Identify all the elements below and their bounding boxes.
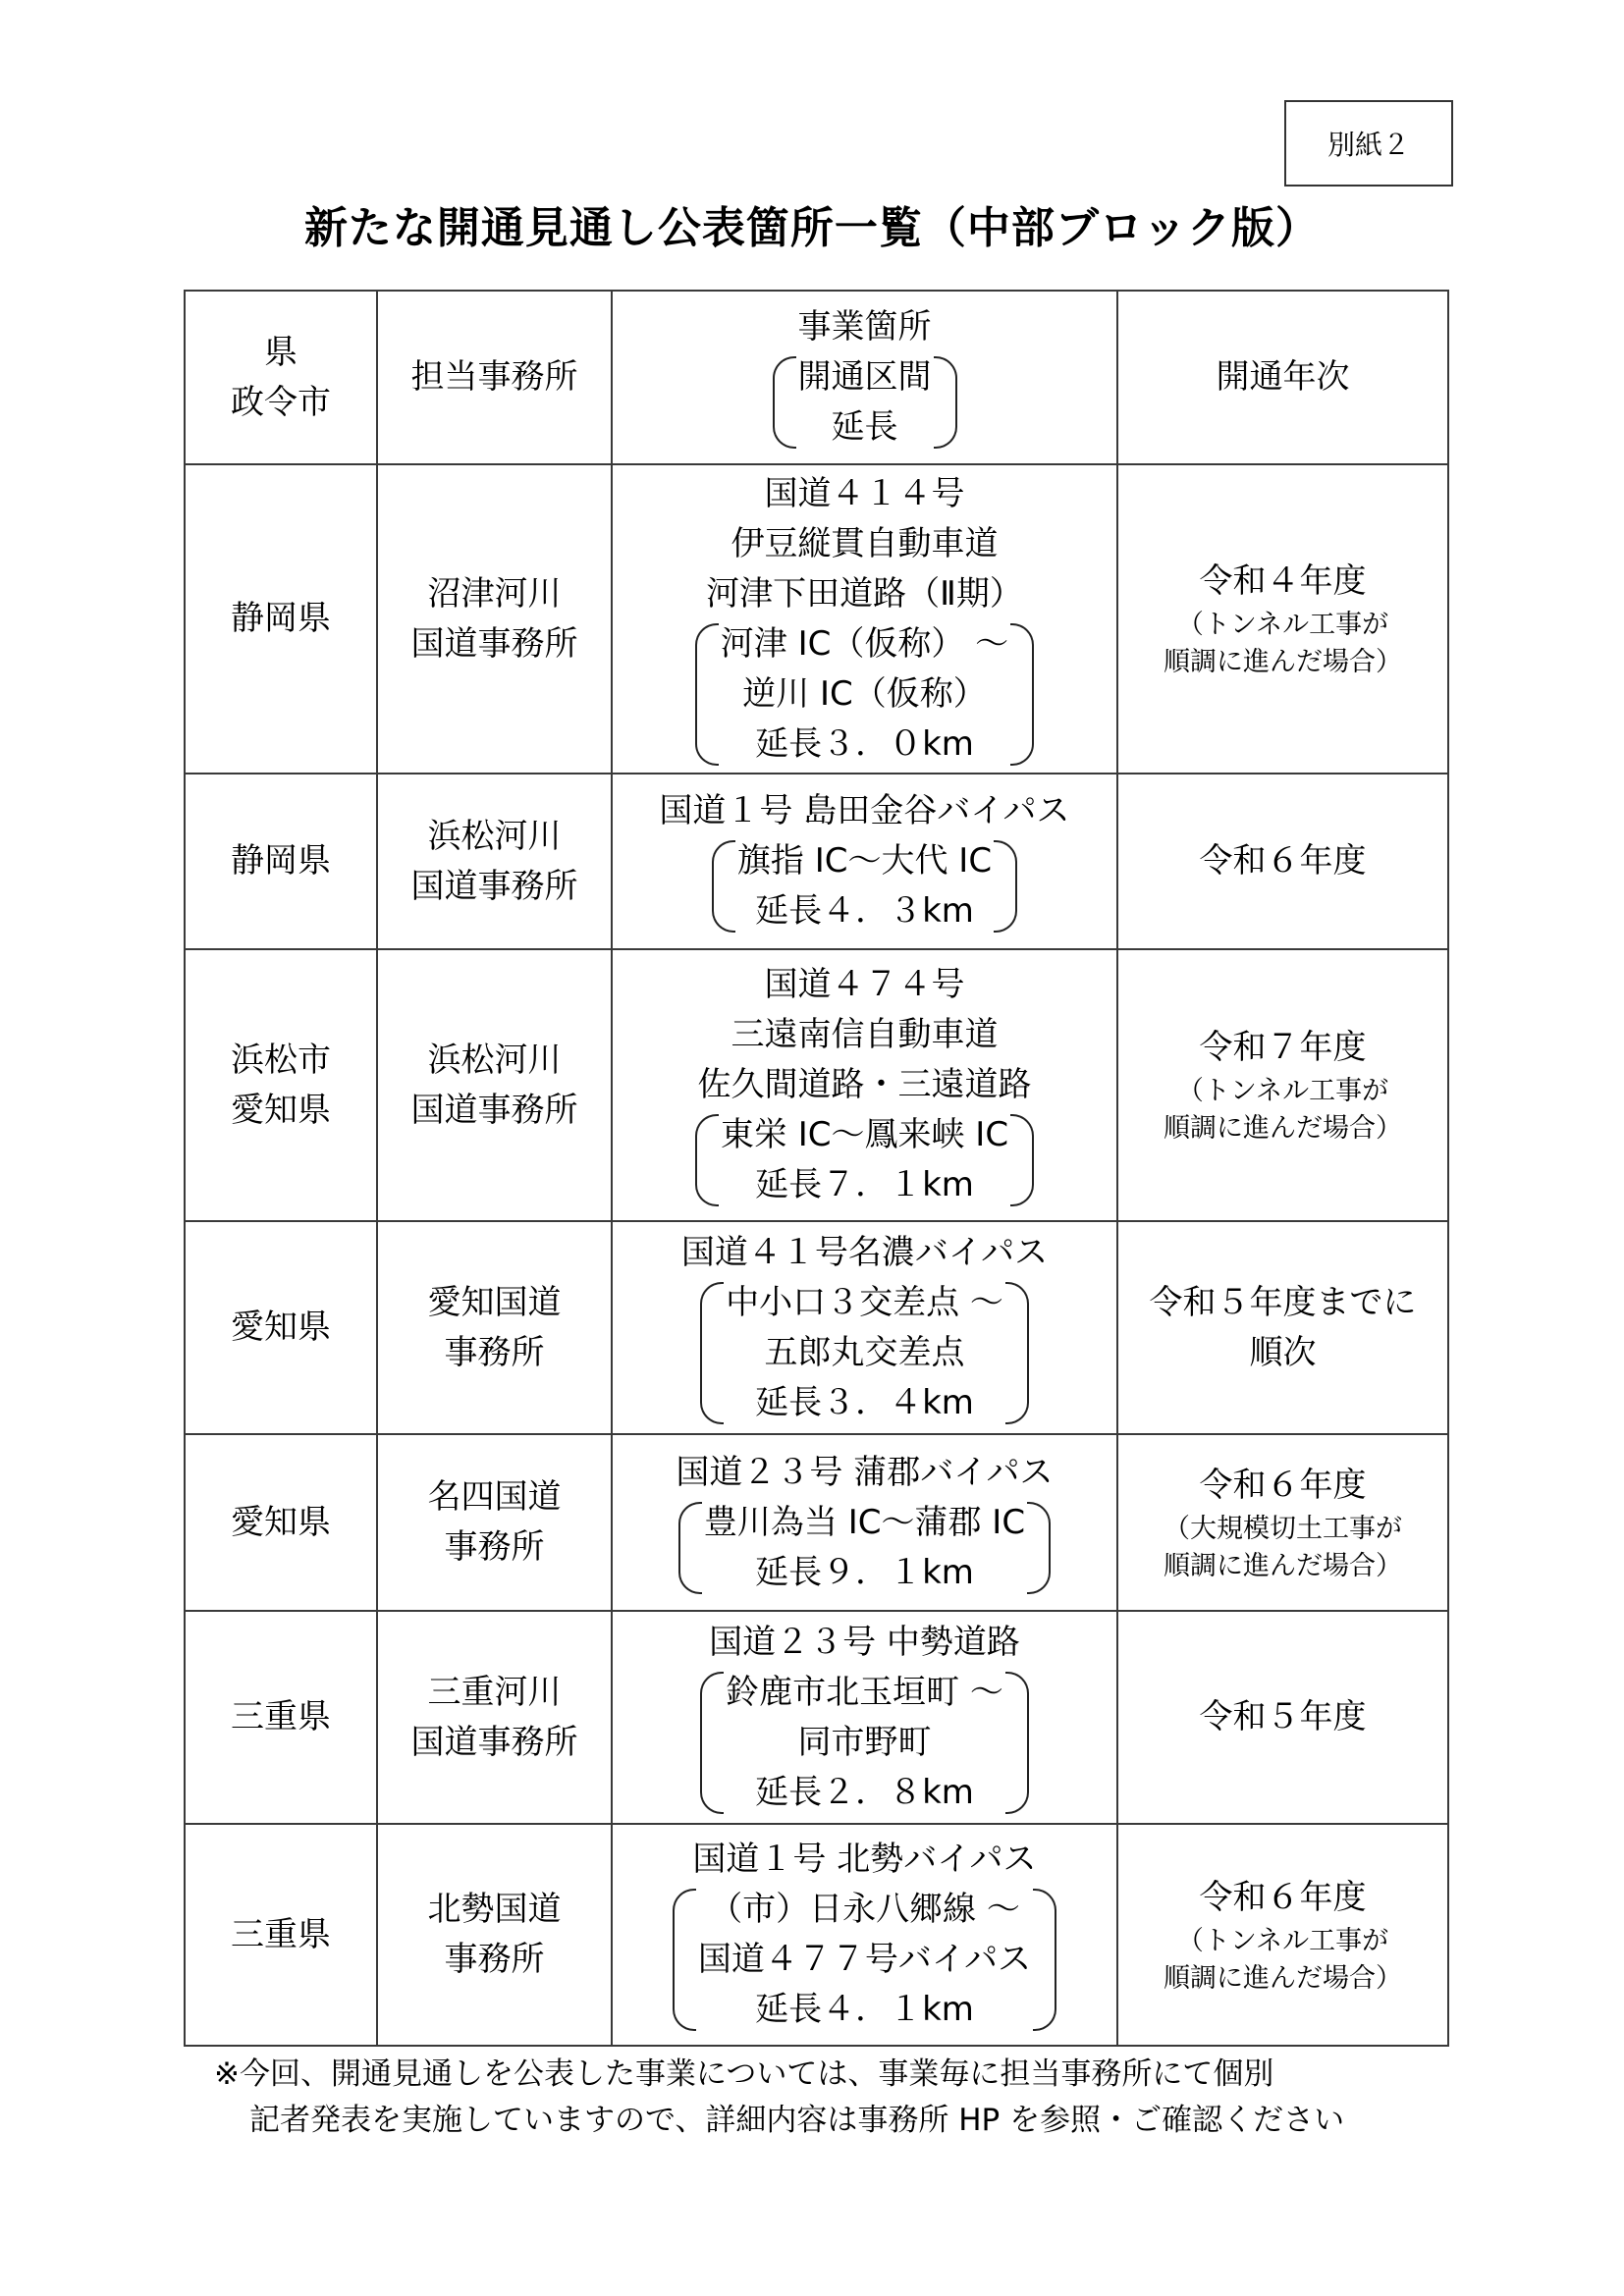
length-text: 延長４．１km xyxy=(755,1985,974,2035)
header-opening: 開通年次 xyxy=(1117,291,1448,464)
table-row: 三重県 北勢国道 事務所 国道１号 北勢バイパス （市）日永八郷線 ～ 国道４７… xyxy=(185,1824,1448,2046)
cell-opening: 令和４年度 （トンネル工事が 順調に進んだ場合） xyxy=(1117,464,1448,774)
section-text: 五郎丸交差点 xyxy=(765,1328,965,1378)
opening-year: 順次 xyxy=(1250,1328,1317,1378)
cell-opening: 令和６年度 （大規模切土工事が 順調に進んだ場合） xyxy=(1117,1434,1448,1611)
cell-prefecture: 愛知県 xyxy=(185,1221,377,1434)
opening-outlook-table: 県 政令市 担当事務所 事業箇所 開通区間 延長 開通年次 xyxy=(184,290,1449,2047)
opening-note: 順調に進んだ場合） xyxy=(1164,1960,1402,1998)
length-text: 延長３．４km xyxy=(755,1378,974,1428)
project-name: 河津下田道路（Ⅱ期） xyxy=(706,569,1023,619)
project-name: 国道４１号名濃バイパス xyxy=(681,1228,1048,1278)
cell-project: 国道４１号名濃バイパス 中小口３交差点 ～ 五郎丸交差点 延長３．４km xyxy=(612,1221,1117,1434)
project-name: 三遠南信自動車道 xyxy=(731,1010,999,1060)
cell-project: 国道２３号 蒲郡バイパス 豊川為当 IC～蒲郡 IC 延長９．１km xyxy=(612,1434,1117,1611)
office-text: 国道事務所 xyxy=(411,862,578,912)
table-row: 静岡県 浜松河川 国道事務所 国道１号 島田金谷バイパス 旗指 IC～大代 IC… xyxy=(185,774,1448,949)
office-text: 国道事務所 xyxy=(411,1086,578,1136)
opening-note: 順調に進んだ場合） xyxy=(1164,644,1402,681)
opening-note: （トンネル工事が xyxy=(1177,1923,1388,1960)
opening-year: 令和６年度 xyxy=(1200,836,1367,886)
section-text: （市）日永八郷線 ～ xyxy=(709,1885,1020,1935)
project-name: 佐久間道路・三遠道路 xyxy=(698,1060,1032,1110)
section-text: 東栄 IC～鳳来峡 IC xyxy=(721,1110,1008,1160)
opening-note: 順調に進んだ場合） xyxy=(1164,1548,1402,1585)
bracket-group: 中小口３交差点 ～ 五郎丸交差点 延長３．４km xyxy=(700,1278,1029,1428)
header-project-main: 事業箇所 xyxy=(798,302,932,352)
bracket-group: （市）日永八郷線 ～ 国道４７７号バイパス 延長４．１km xyxy=(673,1885,1056,2035)
section-text: 国道４７７号バイパス xyxy=(698,1935,1031,1985)
office-text: 愛知国道 xyxy=(428,1278,562,1328)
project-name: 国道１号 島田金谷バイパス xyxy=(659,786,1069,836)
table-row: 愛知県 名四国道 事務所 国道２３号 蒲郡バイパス 豊川為当 IC～蒲郡 IC … xyxy=(185,1434,1448,1611)
cell-office: 北勢国道 事務所 xyxy=(377,1824,612,2046)
project-name: 国道２３号 蒲郡バイパス xyxy=(676,1448,1053,1498)
project-name: 国道１号 北勢バイパス xyxy=(692,1835,1036,1885)
office-text: 名四国道 xyxy=(428,1472,562,1522)
length-text: 延長３．０km xyxy=(755,720,974,770)
office-text: 浜松河川 xyxy=(428,1036,562,1086)
prefecture-text: 静岡県 xyxy=(231,841,331,881)
office-text: 事務所 xyxy=(445,1328,545,1378)
length-text: 延長９．１km xyxy=(755,1548,974,1598)
cell-opening: 令和６年度 （トンネル工事が 順調に進んだ場合） xyxy=(1117,1824,1448,2046)
cell-prefecture: 静岡県 xyxy=(185,774,377,949)
cell-project: 国道４７４号 三遠南信自動車道 佐久間道路・三遠道路 東栄 IC～鳳来峡 IC … xyxy=(612,949,1117,1221)
cell-office: 浜松河川 国道事務所 xyxy=(377,774,612,949)
footnote: ※今回、開通見通しを公表した事業については、事業毎に担当事務所にて個別 記者発表… xyxy=(214,2052,1451,2144)
annex-label: 別紙２ xyxy=(1327,124,1410,163)
header-prefecture-line: 政令市 xyxy=(231,378,331,428)
opening-year: 令和６年度 xyxy=(1200,1461,1367,1511)
header-office: 担当事務所 xyxy=(377,291,612,464)
section-text: 鈴鹿市北玉垣町 ～ xyxy=(726,1668,1003,1718)
document-title: 新たな開通見通し公表箇所一覧（中部ブロック版） xyxy=(0,192,1624,255)
opening-year: 令和６年度 xyxy=(1200,1873,1367,1923)
opening-year: 令和５年度までに xyxy=(1150,1278,1417,1328)
cell-prefecture: 三重県 xyxy=(185,1824,377,2046)
section-text: 旗指 IC～大代 IC xyxy=(737,836,992,886)
table-header-row: 県 政令市 担当事務所 事業箇所 開通区間 延長 開通年次 xyxy=(185,291,1448,464)
project-name: 国道４７４号 xyxy=(765,960,965,1010)
office-text: 北勢国道 xyxy=(428,1885,562,1935)
prefecture-text: 静岡県 xyxy=(231,599,331,638)
bracket-group: 旗指 IC～大代 IC 延長４．３km xyxy=(712,836,1017,936)
cell-opening: 令和６年度 xyxy=(1117,774,1448,949)
opening-year: 令和５年度 xyxy=(1200,1692,1367,1742)
opening-note: （大規模切土工事が xyxy=(1164,1511,1402,1548)
table-row: 静岡県 沼津河川 国道事務所 国道４１４号 伊豆縦貫自動車道 河津下田道路（Ⅱ期… xyxy=(185,464,1448,774)
office-text: 浜松河川 xyxy=(428,812,562,862)
prefecture-text: 三重県 xyxy=(231,1915,331,1954)
opening-year: 令和７年度 xyxy=(1200,1023,1367,1073)
section-text: 中小口３交差点 ～ xyxy=(726,1278,1003,1328)
header-project-length: 延長 xyxy=(832,402,898,453)
bracket-group: 鈴鹿市北玉垣町 ～ 同市野町 延長２．８km xyxy=(700,1668,1029,1818)
opening-note: 順調に進んだ場合） xyxy=(1164,1110,1402,1148)
office-text: 事務所 xyxy=(445,1935,545,1985)
header-project-section: 開通区間 xyxy=(798,352,932,402)
cell-office: 三重河川 国道事務所 xyxy=(377,1611,612,1824)
header-prefecture-line: 県 xyxy=(264,328,298,378)
cell-opening: 令和７年度 （トンネル工事が 順調に進んだ場合） xyxy=(1117,949,1448,1221)
office-text: 三重河川 xyxy=(428,1668,562,1718)
header-opening-label: 開通年次 xyxy=(1217,357,1350,397)
header-project: 事業箇所 開通区間 延長 xyxy=(612,291,1117,464)
table-row: 愛知県 愛知国道 事務所 国道４１号名濃バイパス 中小口３交差点 ～ 五郎丸交差… xyxy=(185,1221,1448,1434)
project-name: 国道２３号 中勢道路 xyxy=(709,1618,1020,1668)
cell-prefecture: 静岡県 xyxy=(185,464,377,774)
prefecture-text: 愛知県 xyxy=(231,1086,331,1136)
section-text: 河津 IC（仮称） ～ xyxy=(721,619,1008,669)
table-row: 三重県 三重河川 国道事務所 国道２３号 中勢道路 鈴鹿市北玉垣町 ～ 同市野町… xyxy=(185,1611,1448,1824)
section-text: 逆川 IC（仮称） xyxy=(742,669,987,720)
header-prefecture: 県 政令市 xyxy=(185,291,377,464)
office-text: 沼津河川 xyxy=(428,569,562,619)
length-text: 延長２．８km xyxy=(755,1768,974,1818)
prefecture-text: 三重県 xyxy=(231,1697,331,1736)
cell-project: 国道１号 島田金谷バイパス 旗指 IC～大代 IC 延長４．３km xyxy=(612,774,1117,949)
section-text: 同市野町 xyxy=(798,1718,932,1768)
cell-opening: 令和５年度 xyxy=(1117,1611,1448,1824)
project-name: 伊豆縦貫自動車道 xyxy=(731,519,999,569)
cell-office: 沼津河川 国道事務所 xyxy=(377,464,612,774)
office-text: 国道事務所 xyxy=(411,619,578,669)
bracket-group: 開通区間 延長 xyxy=(773,352,957,453)
section-text: 豊川為当 IC～蒲郡 IC xyxy=(704,1498,1025,1548)
bracket-group: 豊川為当 IC～蒲郡 IC 延長９．１km xyxy=(678,1498,1051,1598)
prefecture-text: 浜松市 xyxy=(231,1036,331,1086)
header-office-label: 担当事務所 xyxy=(411,357,578,397)
prefecture-text: 愛知県 xyxy=(231,1503,331,1542)
cell-prefecture: 愛知県 xyxy=(185,1434,377,1611)
office-text: 事務所 xyxy=(445,1522,545,1573)
opening-year: 令和４年度 xyxy=(1200,557,1367,607)
office-text: 国道事務所 xyxy=(411,1718,578,1768)
cell-office: 愛知国道 事務所 xyxy=(377,1221,612,1434)
bracket-group: 河津 IC（仮称） ～ 逆川 IC（仮称） 延長３．０km xyxy=(695,619,1034,770)
cell-office: 浜松河川 国道事務所 xyxy=(377,949,612,1221)
annex-label-box: 別紙２ xyxy=(1284,100,1453,187)
cell-prefecture: 浜松市 愛知県 xyxy=(185,949,377,1221)
cell-project: 国道４１４号 伊豆縦貫自動車道 河津下田道路（Ⅱ期） 河津 IC（仮称） ～ 逆… xyxy=(612,464,1117,774)
prefecture-text: 愛知県 xyxy=(231,1308,331,1347)
footnote-line-1: ※今回、開通見通しを公表した事業については、事業毎に担当事務所にて個別 xyxy=(214,2052,1451,2098)
cell-prefecture: 三重県 xyxy=(185,1611,377,1824)
length-text: 延長７．１km xyxy=(755,1160,974,1210)
cell-office: 名四国道 事務所 xyxy=(377,1434,612,1611)
cell-project: 国道１号 北勢バイパス （市）日永八郷線 ～ 国道４７７号バイパス 延長４．１k… xyxy=(612,1824,1117,2046)
cell-project: 国道２３号 中勢道路 鈴鹿市北玉垣町 ～ 同市野町 延長２．８km xyxy=(612,1611,1117,1824)
table-row: 浜松市 愛知県 浜松河川 国道事務所 国道４７４号 三遠南信自動車道 佐久間道路… xyxy=(185,949,1448,1221)
opening-note: （トンネル工事が xyxy=(1177,1073,1388,1110)
cell-opening: 令和５年度までに 順次 xyxy=(1117,1221,1448,1434)
opening-note: （トンネル工事が xyxy=(1177,607,1388,644)
footnote-line-2: 記者発表を実施していますので、詳細内容は事務所 HP を参照・ご確認ください xyxy=(214,2098,1451,2144)
length-text: 延長４．３km xyxy=(755,886,974,936)
project-name: 国道４１４号 xyxy=(765,469,965,519)
bracket-group: 東栄 IC～鳳来峡 IC 延長７．１km xyxy=(695,1110,1034,1210)
